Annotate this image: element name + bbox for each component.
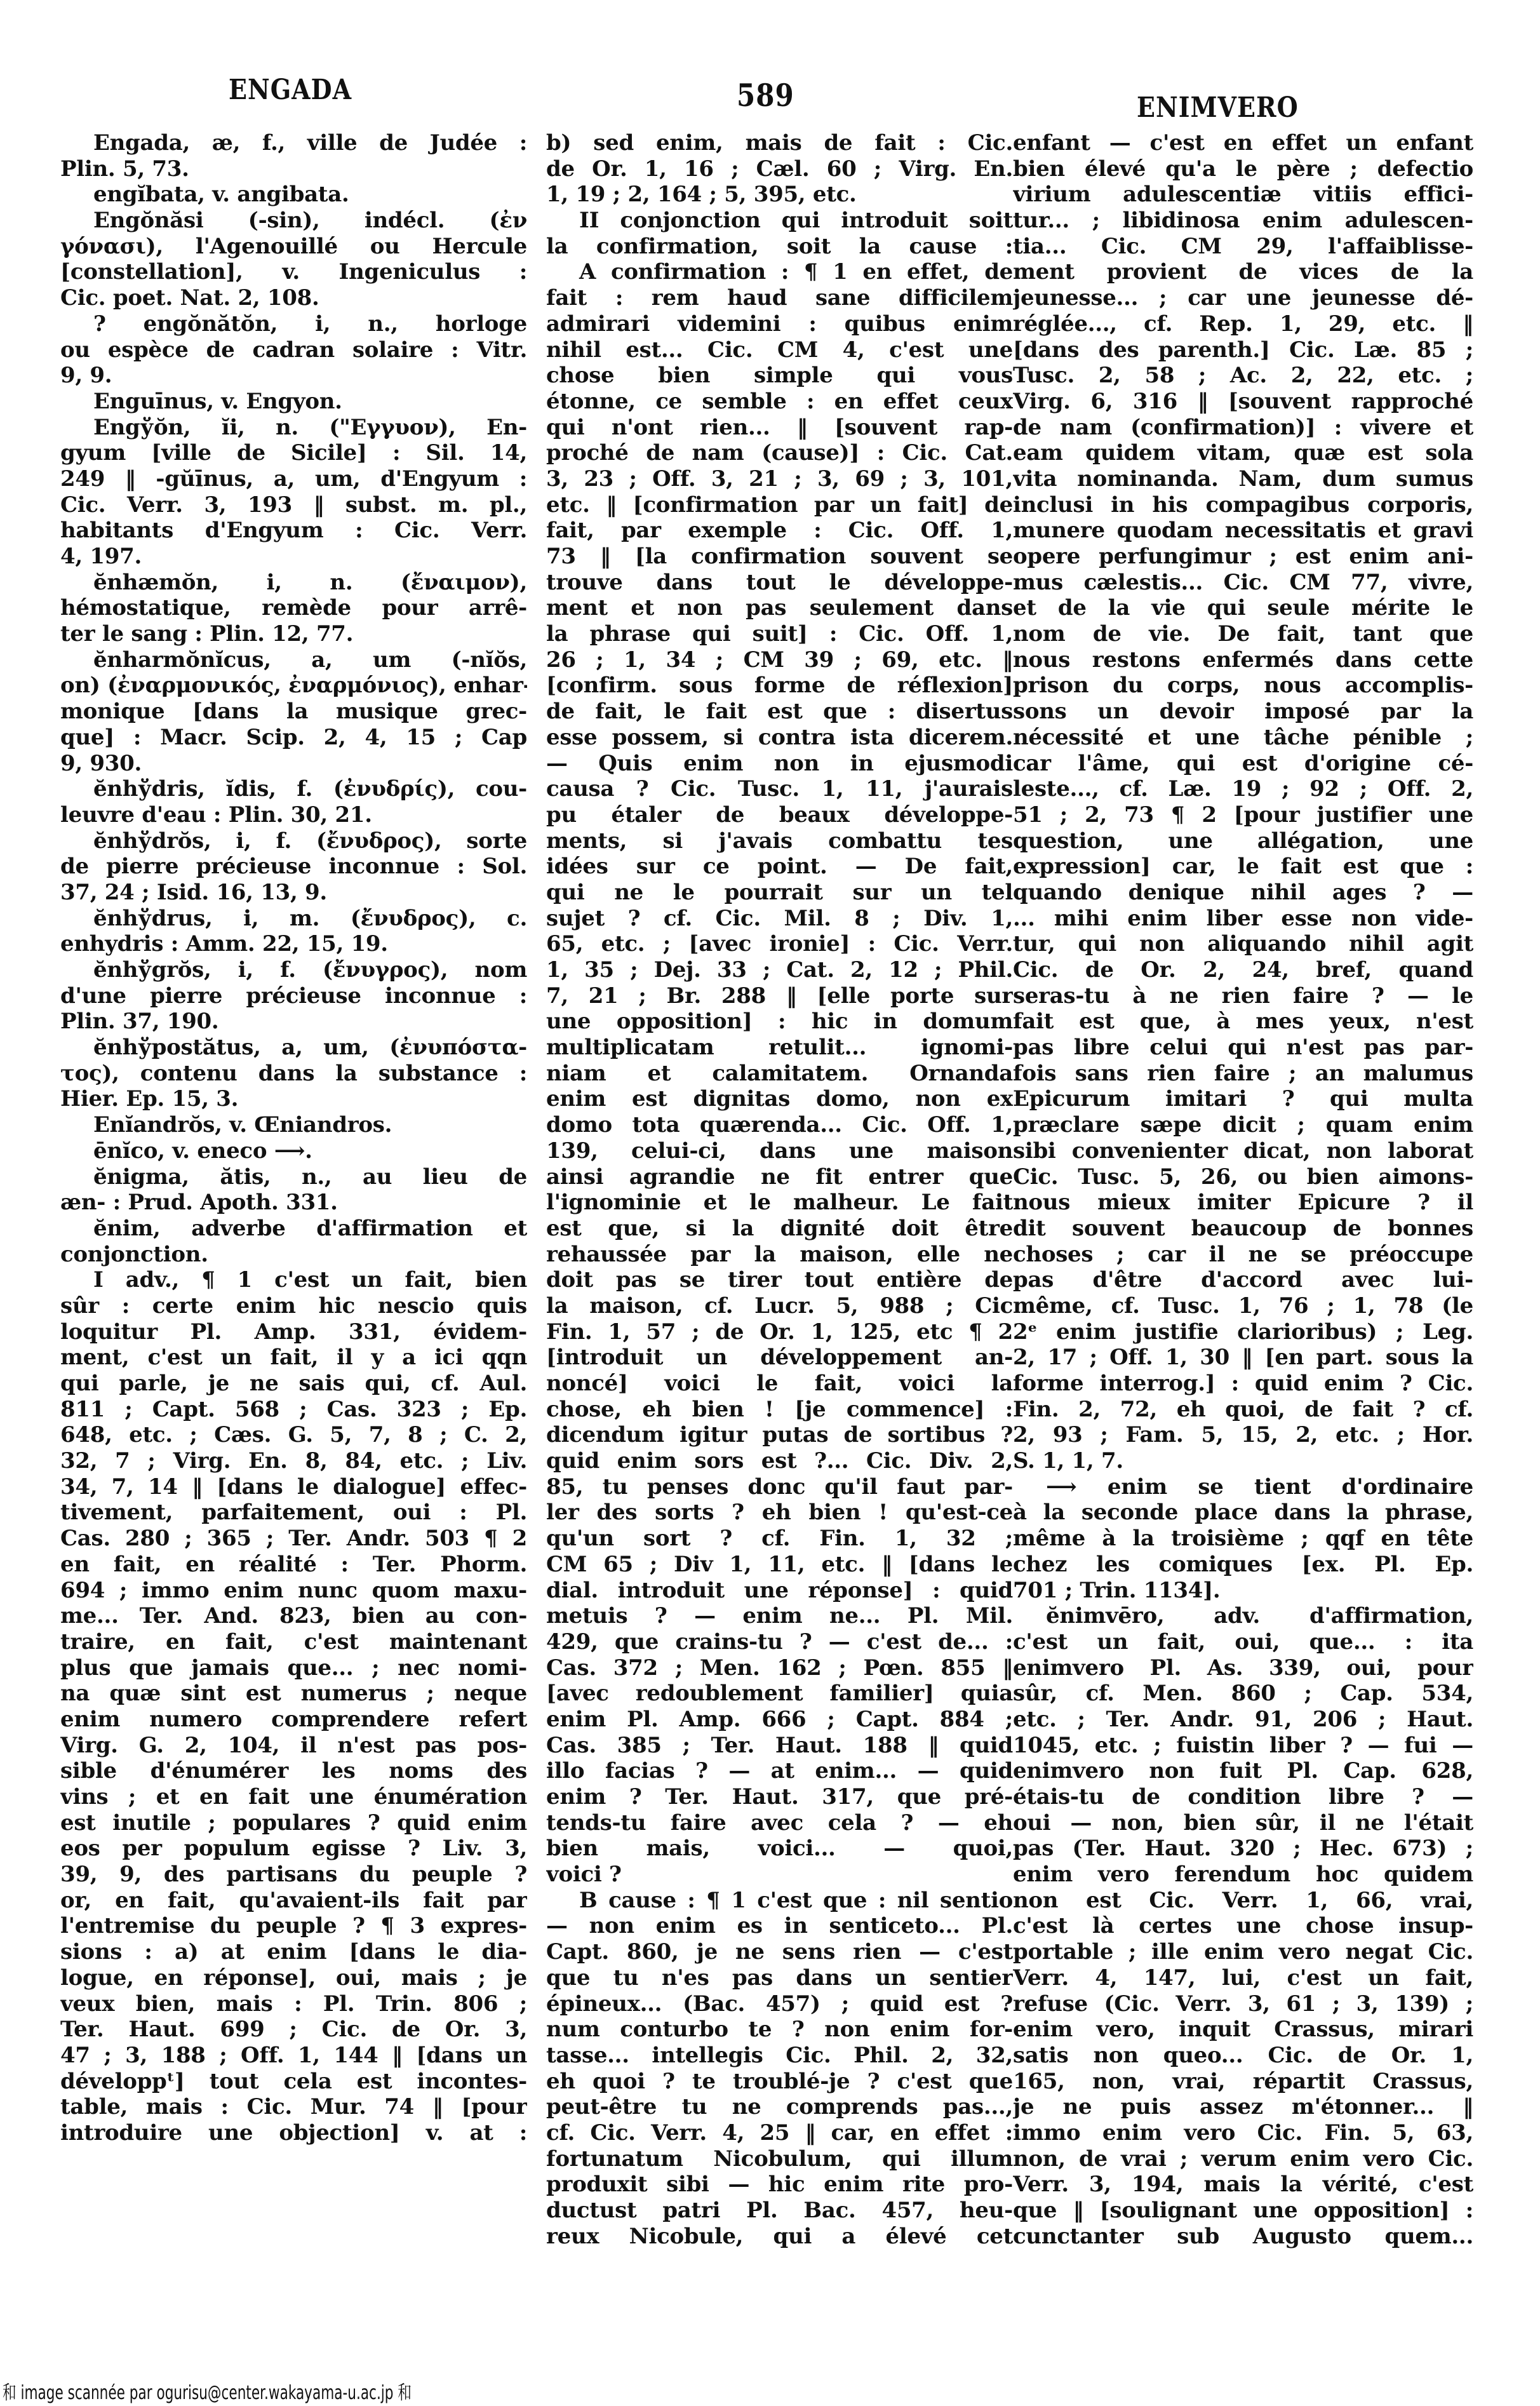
text-line: habitants d'Engyum : Cic. Verr. [60,518,527,544]
text-line: enim Pl. Amp. 666 ; Capt. 884 ; [546,1707,1013,1733]
text-line: développᵗ] tout cela est incontes- [60,2069,527,2095]
text-line: eh quoi ? te troublé-je ? c'est que [546,2069,1013,2095]
text-line: etc. ‖ [confirmation par un fait] de [546,492,1013,518]
text-line: jeunesse... ; car une jeunesse dé- [1013,285,1473,311]
text-line: table, mais : Cic. Mur. 74 ‖ [pour [60,2094,527,2120]
text-line: 249 ‖ -gŭīnus, a, um, d'Engyum : [60,466,527,492]
text-line: monique [dans la musique grec- [60,699,527,725]
text-line: nous restons enfermés dans cette [1013,647,1473,673]
page-number: 589 [737,77,794,113]
text-line: pas (Ter. Haut. 320 ; Hec. 673) ; [1013,1836,1473,1862]
text-line: niam et calamitatem. Ornanda [546,1061,1013,1087]
text-line: 51 ; 2, 73 ¶ 2 [pour justifier une [1013,802,1473,828]
text-line: 7, 21 ; Br. 288 ‖ [elle porte sur [546,983,1013,1009]
text-line: chose bien simple qui vous [546,363,1013,389]
text-line: dit souvent beaucoup de bonnes [1013,1216,1473,1242]
text-line: munere quodam necessitatis et gravi [1013,518,1473,544]
text-line: 694 ; immo enim nunc quom maxu- [60,1578,527,1604]
text-line: proché de nam (cause)] : Cic. Cat. [546,440,1013,466]
text-line: ment, c'est un fait, il y a ici qqn [60,1345,527,1371]
text-line: chose, eh bien ! [je commence] : [546,1397,1013,1423]
text-line: ĕnigma, ătis, n., au lieu de [60,1164,527,1190]
text-line: expression] car, le fait est que : [1013,854,1473,880]
text-line: ... mihi enim liber esse non vide- [1013,906,1473,932]
text-line: reux Nicobule, qui a élevé cet [546,2224,1013,2250]
text-line: loquitur Pl. Amp. 331, évidem- [60,1319,527,1345]
text-line: eos per populum egisse ? Liv. 3, [60,1836,527,1862]
text-line: produxit sibi — hic enim rite pro- [546,2172,1013,2198]
text-line: Enĭandrŏs, v. Œniandros. [60,1112,527,1138]
text-line: 1, 19 ; 2, 164 ; 5, 395, etc. [546,182,1013,208]
text-line: ductust patri Pl. Bac. 457, heu- [546,2198,1013,2224]
text-line: [avec redoublement familier] quia [546,1681,1013,1707]
text-line: admirari videmini : quibus enim [546,311,1013,337]
text-line: même, cf. Tusc. 1, 76 ; 1, 78 (le [1013,1293,1473,1319]
text-line: bien élevé qu'a le père ; defectio [1013,156,1473,182]
text-line: ments, si j'avais combattu tes [546,828,1013,854]
text-line: fortunatum Nicobulum, qui illum [546,2146,1013,2172]
text-line: peut-être tu ne comprends pas..., [546,2094,1013,2120]
text-line: domo tota quærenda... Cic. Off. 1, [546,1112,1013,1138]
text-line: voici ? [546,1862,1013,1888]
text-line: Engŏnăsi (-sin), indécl. (ἐν [60,208,527,234]
text-line: Plin. 37, 190. [60,1009,527,1035]
text-line: enim ? Ter. Haut. 317, que pré- [546,1784,1013,1810]
text-line: oui — non, bien sûr, il ne l'était [1013,1810,1473,1836]
text-line: la phrase qui suit] : Cic. Off. 1, [546,621,1013,647]
text-line: traire, en fait, c'est maintenant [60,1629,527,1655]
column-1: Engada, æ, f., ville de Judée :Plin. 5, … [60,130,527,2146]
text-line: tends-tu faire avec cela ? — eh [546,1810,1013,1836]
text-line: præclare sæpe dicit ; quam enim [1013,1112,1473,1138]
text-line: ĕnhўgrŏs, i, f. (ἔνυγρος), nom [60,957,527,983]
text-line: sûr : certe enim hic nescio quis [60,1293,527,1319]
text-line: ter le sang : Plin. 12, 77. [60,621,527,647]
text-line: sûr, cf. Men. 860 ; Cap. 534, [1013,1681,1473,1707]
text-line: b) sed enim, mais de fait : Cic. [546,130,1013,156]
text-line: Capt. 860, je ne sens rien — c'est [546,1939,1013,1965]
text-line: enim vero ferendum hoc quidem [1013,1862,1473,1888]
text-line: leuvre d'eau : Plin. 30, 21. [60,802,527,828]
text-line: de pierre précieuse inconnue : Sol. [60,854,527,880]
text-line: tia... Cic. CM 29, l'affaiblisse- [1013,234,1473,260]
text-line: 3, 23 ; Off. 3, 21 ; 3, 69 ; 3, 101, [546,466,1013,492]
text-line: 34, 7, 14 ‖ [dans le dialogue] effec- [60,1474,527,1500]
text-line: plus que jamais que... ; nec nomi- [60,1655,527,1681]
text-line: logue, en réponse], oui, mais ; je [60,1965,527,1991]
text-line: mus cælestis... Cic. CM 77, vivre, [1013,570,1473,596]
text-line: virium adulescentiæ vitiis effici- [1013,182,1473,208]
text-line: esse possem, si contra ista dicerem. [546,725,1013,751]
text-line: doit pas se tirer tout entière de [546,1267,1013,1293]
text-line: est inutile ; populares ? quid enim [60,1810,527,1836]
scan-credit: 和 image scannée par ogurisu@center.wakay… [3,2377,412,2405]
text-line: [dans des parenth.] Cic. Læ. 85 ; [1013,337,1473,363]
text-line: fait, par exemple : Cic. Off. 1, [546,518,1013,544]
text-line: 139, celui-ci, dans une maison [546,1138,1013,1164]
text-line: [constellation], v. Ingeniculus : [60,259,527,285]
text-line: 1045, etc. ; fuistin liber ? — fui — [1013,1733,1473,1759]
text-line: choses ; car il ne se préoccupe [1013,1242,1473,1268]
text-line: 26 ; 1, 34 ; CM 39 ; 69, etc. ‖ [546,647,1013,673]
text-line: une opposition] : hic in domum [546,1009,1013,1035]
text-line: qui n'ont rien... ‖ [souvent rap- [546,415,1013,441]
text-line: 39, 9, des partisans du peuple ? [60,1862,527,1888]
text-line: vins ; et en fait une énumération [60,1784,527,1810]
text-line: bien mais, voici... — quoi, [546,1836,1013,1862]
text-line: car l'âme, qui est d'origine cé- [1013,751,1473,777]
text-line: Fin. 2, 72, eh quoi, de fait ? cf. [1013,1397,1473,1423]
text-line: γόνασι), l'Agenouillé ou Hercule [60,234,527,260]
text-line: étais-tu de condition libre ? — [1013,1784,1473,1810]
column-3: enfant — c'est en effet un enfantbien él… [1013,130,1473,2249]
text-line: 648, etc. ; Cæs. G. 5, 7, 8 ; C. 2, [60,1422,527,1448]
text-line: chez les comiques [ex. Pl. Ep. [1013,1552,1473,1578]
text-line: ment provient de vices de la [1013,259,1473,285]
text-line: tur, qui non aliquando nihil agit [1013,931,1473,957]
text-line: 165, non, vrai, répartit Crassus, [1013,2069,1473,2095]
text-line: enim vero, inquit Crassus, mirari [1013,2017,1473,2043]
text-line: immo enim vero Cic. Fin. 5, 63, [1013,2120,1473,2146]
text-line: nom de vie. De fait, tant que [1013,621,1473,647]
text-line: l'entremise du peuple ? ¶ 3 expres- [60,1913,527,1939]
text-line: [confirm. sous forme de réflexion] [546,673,1013,699]
text-line: même à la troisième ; qqf en tête [1013,1526,1473,1552]
text-line: on) (ἐναρμονικός, ἐναρμόνιος), enhar- [60,673,527,699]
text-line: la confirmation, soit la cause : [546,234,1013,260]
text-line: portable ; ille enim vero negat Cic. [1013,1939,1473,1965]
text-line: 2ᵉ enim justifie clarioribus) ; Leg. [1013,1319,1473,1345]
text-line: Cic. poet. Nat. 2, 108. [60,285,527,311]
text-line: Plin. 5, 73. [60,156,527,182]
text-line: leste..., cf. Læ. 19 ; 92 ; Off. 2, [1013,776,1473,802]
text-line: enimvero Pl. As. 339, oui, pour [1013,1655,1473,1681]
text-line: ? engŏnătŏn, i, n., horloge [60,311,527,337]
text-line: Cic. Verr. 3, 193 ‖ subst. m. pl., [60,492,527,518]
text-line: sions : a) at enim [dans le dia- [60,1939,527,1965]
text-line: 65, etc. ; [avec ironie] : Cic. Verr. [546,931,1013,957]
text-line: réglée..., cf. Rep. 1, 29, etc. ‖ [1013,311,1473,337]
text-line: 37, 24 ; Isid. 16, 13, 9. [60,880,527,906]
text-line: Verr. 4, 147, lui, c'est un fait, [1013,1965,1473,1991]
text-line: noncé] voici le fait, voici la [546,1371,1013,1397]
text-line: c'est là certes une chose insup- [1013,1913,1473,1939]
text-line: Cic. Tusc. 5, 26, ou bien aimons- [1013,1164,1473,1190]
text-line: dial. introduit une réponse] : quid [546,1578,1013,1604]
text-line: qui parle, je ne sais qui, cf. Aul. [60,1371,527,1397]
text-line: 701 ; Trin. 1134]. [1013,1578,1473,1604]
text-line: rehaussée par la maison, elle ne [546,1242,1013,1268]
text-line: de nam (confirmation)] : vivere et [1013,415,1473,441]
text-line: refuse (Cic. Verr. 3, 61 ; 3, 139) ; [1013,1991,1473,2017]
text-line: ⟶ enim se tient d'ordinaire [1013,1474,1473,1500]
text-line: satis non queo... Cic. de Or. 1, [1013,2043,1473,2069]
text-line: enhydris : Amm. 22, 15, 19. [60,931,527,957]
text-line: 2, 93 ; Fam. 5, 15, 2, etc. ; Hor. [1013,1422,1473,1448]
text-line: 9, 930. [60,751,527,777]
text-line: non est Cic. Verr. 1, 66, vrai, [1013,1888,1473,1914]
text-line: forme interrog.] : quid enim ? Cic. [1013,1371,1473,1397]
text-line: ĕnhæmŏn, i, n. (ἔναιμον), [60,570,527,596]
text-line: ēnĭco, v. eneco ⟶. [60,1138,527,1164]
text-line: l'ignominie et le malheur. Le fait [546,1190,1013,1216]
text-line: veux bien, mais : Pl. Trin. 806 ; [60,1991,527,2017]
text-line: 2, 17 ; Off. 1, 30 ‖ [en part. sous la [1013,1345,1473,1371]
text-line: — Quis enim non in ejusmodi [546,751,1013,777]
text-line: tur... ; libidinosa enim adulescen- [1013,208,1473,234]
text-line: ĕnhўdris, ĭdis, f. (ἐνυδρίς), cou- [60,776,527,802]
text-line: ĕnhўpostătus, a, um, (ἐνυπόστα- [60,1035,527,1061]
text-line: enimvero non fuit Pl. Cap. 628, [1013,1758,1473,1784]
text-line: 429, que crains-tu ? — c'est de... : [546,1629,1013,1655]
text-line: Tusc. 2, 58 ; Ac. 2, 22, etc. ; [1013,363,1473,389]
text-line: hémostatique, remède pour arrê- [60,595,527,621]
column-2: b) sed enim, mais de fait : Cic.de Or. 1… [546,130,1013,2249]
text-line: que] : Macr. Scip. 2, 4, 15 ; Cap [60,725,527,751]
text-line: S. 1, 1, 7. [1013,1448,1473,1474]
text-line: metuis ? — enim ne... Pl. Mil. [546,1603,1013,1629]
text-line: me... Ter. And. 823, bien au con- [60,1603,527,1629]
text-line: Cas. 372 ; Men. 162 ; Pœn. 855 ‖ [546,1655,1013,1681]
text-line: fait est que, à mes yeux, n'est [1013,1009,1473,1035]
text-line: or, en fait, qu'avaient-ils fait par [60,1888,527,1914]
text-line: pu étaler de beaux développe- [546,802,1013,828]
text-line: sujet ? cf. Cic. Mil. 8 ; Div. 1, [546,906,1013,932]
page-header: ENGADA 589 ENIMVERO [0,75,1540,119]
text-line: II conjonction qui introduit soit [546,208,1013,234]
text-line: vita nominanda. Nam, dum sumus [1013,466,1473,492]
text-line: sible d'énumérer les noms des [60,1758,527,1784]
text-line: de fait, le fait est que : disertus [546,699,1013,725]
text-line: cunctanter sub Augusto quem... [1013,2224,1473,2250]
text-line: idées sur ce point. — De fait, [546,854,1013,880]
text-line: nous mieux imiter Epicure ? il [1013,1190,1473,1216]
text-line: 811 ; Capt. 568 ; Cas. 323 ; Ep. [60,1397,527,1423]
text-line: d'une pierre précieuse inconnue : [60,983,527,1009]
text-line: [introduit un développement an- [546,1345,1013,1371]
text-line: quid enim sors est ?... Cic. Div. 2, [546,1448,1013,1474]
text-line: étonne, ce semble : en effet ceux [546,389,1013,415]
text-line: Virg. G. 2, 104, il n'est pas pos- [60,1733,527,1759]
text-line: Hier. Ep. 15, 3. [60,1086,527,1112]
text-line: 1, 35 ; Dej. 33 ; Cat. 2, 12 ; Phil. [546,957,1013,983]
text-line: I adv., ¶ 1 c'est un fait, bien [60,1267,527,1293]
text-line: Cic. de Or. 2, 24, bref, quand [1013,957,1473,983]
text-line: Engada, æ, f., ville de Judée : [60,130,527,156]
text-line: quando denique nihil ages ? — [1013,880,1473,906]
text-line: nihil est... Cic. CM 4, c'est une [546,337,1013,363]
text-line: fois sans rien faire ; an malumus [1013,1061,1473,1087]
text-line: sibi convenienter dicat, non laborat [1013,1138,1473,1164]
text-line: Virg. 6, 316 ‖ [souvent rapproché [1013,389,1473,415]
text-line: 32, 7 ; Virg. En. 8, 84, etc. ; Liv. [60,1448,527,1474]
text-line: Enguīnus, v. Engyon. [60,389,527,415]
text-line: tasse... intellegis Cic. Phil. 2, 32, [546,2043,1013,2069]
text-line: pas d'être d'accord avec lui- [1013,1267,1473,1293]
text-line: causa ? Cic. Tusc. 1, 11, j'aurais [546,776,1013,802]
text-line: trouve dans tout le développe- [546,570,1013,596]
text-line: tivement, parfaitement, oui : Pl. [60,1500,527,1526]
text-line: illo facias ? — at enim... — quid [546,1758,1013,1784]
text-line: B cause : ¶ 1 c'est que : nil sentio [546,1888,1013,1914]
text-line: ou espèce de cadran solaire : Vitr. [60,337,527,363]
left-guide-word: ENGADA [229,73,352,106]
right-guide-word: ENIMVERO [1137,91,1299,124]
text-line: et de la vie qui seule mérite le [1013,595,1473,621]
text-line: Cas. 280 ; 365 ; Ter. Andr. 503 ¶ 2 [60,1526,527,1552]
text-line: seras-tu à ne rien faire ? — le [1013,983,1473,1009]
text-line: prison du corps, nous accomplis- [1013,673,1473,699]
text-line: enim numero comprendere refert [60,1707,527,1733]
text-line: τος), contenu dans la substance : [60,1061,527,1087]
text-line: à la seconde place dans la phrase, [1013,1500,1473,1526]
text-line: ĕnimvēro, adv. d'affirmation, [1013,1603,1473,1629]
text-line: la maison, cf. Lucr. 5, 988 ; Cic [546,1293,1013,1319]
text-line: sons un devoir imposé par la [1013,699,1473,725]
text-line: fait : rem haud sane difficilem [546,285,1013,311]
text-line: æn- : Prud. Apoth. 331. [60,1190,527,1216]
text-line: Verr. 3, 194, mais la vérité, c'est [1013,2172,1473,2198]
text-line: cf. Cic. Verr. 4, 25 ‖ car, en effet : [546,2120,1013,2146]
text-line: de Or. 1, 16 ; Cæl. 60 ; Virg. En. [546,156,1013,182]
text-line: ĕnharmŏnĭcus, a, um (-nĭŏs, [60,647,527,673]
text-line: opere perfungimur ; est enim ani- [1013,544,1473,570]
text-line: introduire une objection] v. at : [60,2120,527,2146]
text-line: inclusi in his compagibus corporis, [1013,492,1473,518]
text-line: 47 ; 3, 188 ; Off. 1, 144 ‖ [dans un [60,2043,527,2069]
text-line: est que, si la dignité doit être [546,1216,1013,1242]
text-line: pas libre celui qui n'est pas par- [1013,1035,1473,1061]
text-line: num conturbo te ? non enim for- [546,2017,1013,2043]
text-line: dicendum igitur putas de sortibus ? [546,1422,1013,1448]
text-line: ainsi agrandie ne fit entrer que [546,1164,1013,1190]
text-line: qui ne le pourrait sur un tel [546,880,1013,906]
text-line: qu'un sort ? cf. Fin. 1, 32 ; [546,1526,1013,1552]
text-line: Engўŏn, ĭi, n. ("Εγγυον), En- [60,415,527,441]
text-line: en fait, en réalité : Ter. Phorm. [60,1552,527,1578]
text-line: 9, 9. [60,363,527,389]
text-line: 4, 197. [60,544,527,570]
text-line: que ‖ [soulignant une opposition] : [1013,2198,1473,2224]
text-line: engĭbata, v. angibata. [60,182,527,208]
text-line: na quæ sint est numerus ; neque [60,1681,527,1707]
text-line: enfant — c'est en effet un enfant [1013,130,1473,156]
text-line: conjonction. [60,1242,527,1268]
text-line: épineux... (Bac. 457) ; quid est ? [546,1991,1013,2017]
text-line: ĕnhўdrus, i, m. (ἔνυδρος), c. [60,906,527,932]
text-line: je ne puis assez m'étonner... ‖ [1013,2094,1473,2120]
text-line: Fin. 1, 57 ; de Or. 1, 125, etc ¶ 2 [546,1319,1013,1345]
text-line: 85, tu penses donc qu'il faut par- [546,1474,1013,1500]
text-line: etc. ; Ter. Andr. 91, 206 ; Haut. [1013,1707,1473,1733]
text-line: enim est dignitas domo, non ex [546,1086,1013,1112]
text-line: Ter. Haut. 699 ; Cic. de Or. 3, [60,2017,527,2043]
text-line: gyum [ville de Sicile] : Sil. 14, [60,440,527,466]
text-line: Epicurum imitari ? qui multa [1013,1086,1473,1112]
text-line: CM 65 ; Div 1, 11, etc. ‖ [dans le [546,1552,1013,1578]
text-line: ĕnhўdrŏs, i, f. (ἔνυδρος), sorte [60,828,527,854]
text-line: 73 ‖ [la confirmation souvent se [546,544,1013,570]
text-line: ler des sorts ? eh bien ! qu'est-ce [546,1500,1013,1526]
text-line: multiplicatam retulit... ignomi- [546,1035,1013,1061]
text-line: nécessité et une tâche pénible ; [1013,725,1473,751]
text-line: — non enim es in senticeto... Pl. [546,1913,1013,1939]
text-line: non, de vrai ; verum enim vero Cic. [1013,2146,1473,2172]
text-line: que tu n'es pas dans un sentier [546,1965,1013,1991]
text-line: c'est un fait, oui, que... : ita [1013,1629,1473,1655]
text-line: ment et non pas seulement dans [546,595,1013,621]
text-line: eam quidem vitam, quæ est sola [1013,440,1473,466]
text-line: question, une allégation, une [1013,828,1473,854]
text-line: A confirmation : ¶ 1 en effet, de [546,259,1013,285]
text-line: ĕnim, adverbe d'affirmation et [60,1216,527,1242]
text-line: Cas. 385 ; Ter. Haut. 188 ‖ quid [546,1733,1013,1759]
